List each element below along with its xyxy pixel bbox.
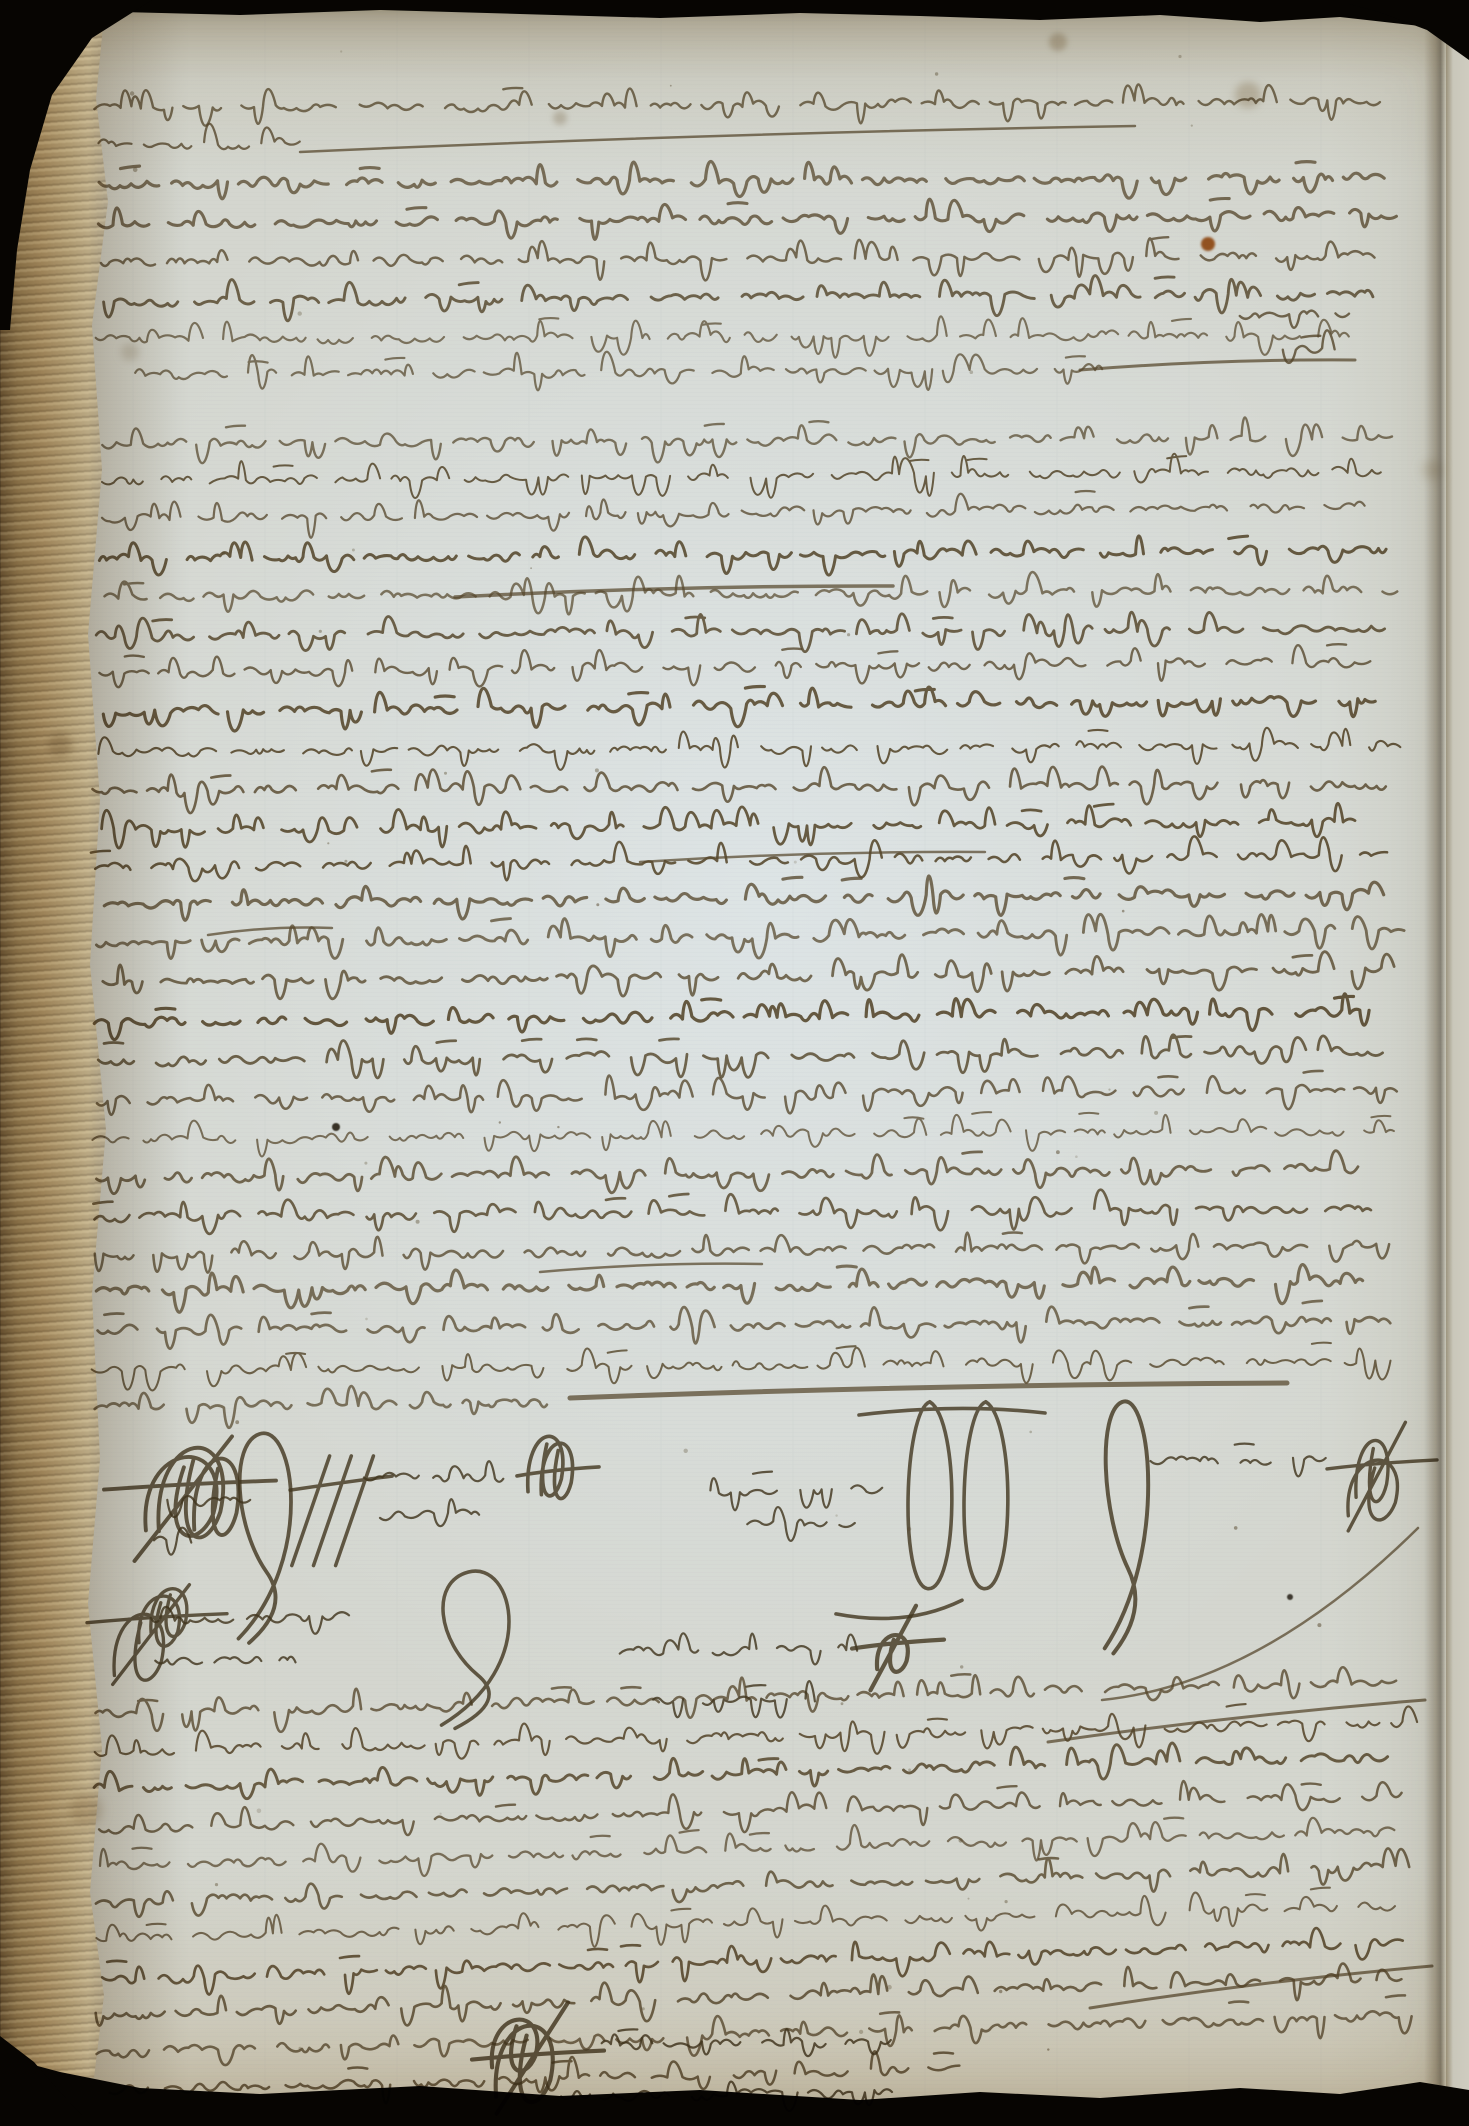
handwriting-ink-layer xyxy=(0,0,1469,2126)
marginal-fragments xyxy=(1240,311,1349,363)
rubric-far-right-loop xyxy=(1327,1422,1437,1531)
rubric-tall-loop xyxy=(239,1433,292,1643)
text-block-codicil xyxy=(94,1667,1417,2103)
text-block-main xyxy=(91,417,1404,1427)
rubric-right-script xyxy=(1151,1444,1326,1477)
photo-frame xyxy=(0,0,1469,2126)
rubric-center-script xyxy=(710,1472,882,1541)
rubric-row2-left-cluster xyxy=(87,1585,227,1685)
rubric-triple-slash xyxy=(290,1456,392,1566)
rubric-row2-script-made xyxy=(620,1633,857,1664)
rubric-mid-flourish xyxy=(517,1436,599,1498)
rubric-small-script xyxy=(364,1461,503,1526)
flourish-strokes xyxy=(208,126,1432,2008)
rubric-right-tall xyxy=(1105,1401,1149,1653)
text-block-opening xyxy=(94,84,1396,390)
rubric-center-bigloop xyxy=(836,1402,1045,1619)
signature-bottom-script xyxy=(561,2029,892,2111)
